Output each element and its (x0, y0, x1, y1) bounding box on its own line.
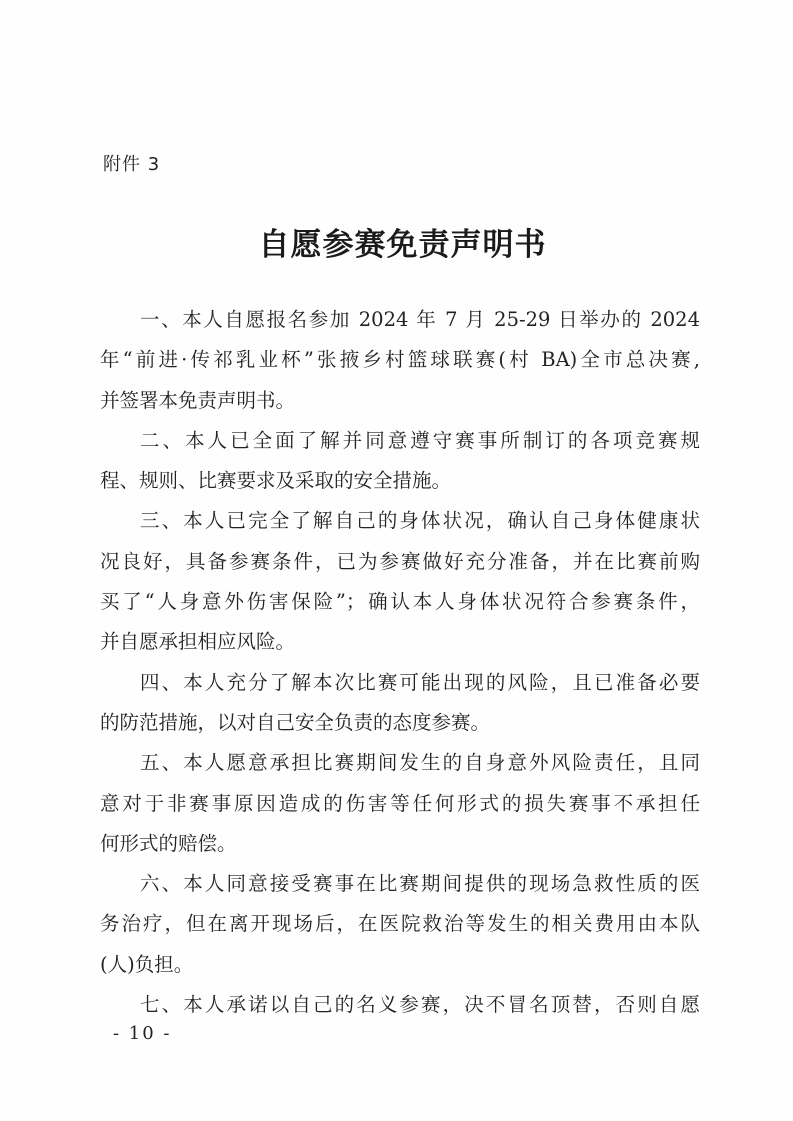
document-body: 一、本人自愿报名参加 2024 年 7 月 25-29 日举办的 2024 年“… (100, 300, 700, 1025)
paragraph-3: 三、本人已完全了解自己的身体状况，确认自己身体健康状 况良好，具备参赛条件，已为… (100, 501, 700, 662)
paragraph-line: 并签署本免责声明书。 (100, 381, 700, 421)
paragraph-line: 程、规则、比赛要求及采取的安全措施。 (100, 461, 700, 501)
paragraph-line: 年“前进·传祁乳业杯”张掖乡村篮球联赛(村 BA)全市总决赛, (100, 340, 700, 380)
paragraph-line: 六、本人同意接受赛事在比赛期间提供的现场急救性质的医 (100, 864, 700, 904)
document-title: 自愿参赛免责声明书 (0, 219, 793, 264)
attachment-label: 附件 3 (103, 150, 160, 176)
paragraph-4: 四、本人充分了解本次比赛可能出现的风险，且已准备必要 的防范措施，以对自己安全负… (100, 663, 700, 744)
paragraph-line: 七、本人承诺以自己的名义参赛，决不冒名顶替，否则自愿 (100, 985, 700, 1025)
paragraph-5: 五、本人愿意承担比赛期间发生的自身意外风险责任，且同 意对于非赛事原因造成的伤害… (100, 743, 700, 864)
paragraph-line: 五、本人愿意承担比赛期间发生的自身意外风险责任，且同 (100, 743, 700, 783)
paragraph-line: 买了“人身意外伤害保险”；确认本人身体状况符合参赛条件， (100, 582, 700, 622)
paragraph-line: 并自愿承担相应风险。 (100, 622, 700, 662)
paragraph-line: 何形式的赔偿。 (100, 824, 700, 864)
paragraph-2: 二、本人已全面了解并同意遵守赛事所制订的各项竞赛规 程、规则、比赛要求及采取的安… (100, 421, 700, 502)
page-number: - 10 - (113, 1023, 172, 1044)
paragraph-7: 七、本人承诺以自己的名义参赛，决不冒名顶替，否则自愿 (100, 985, 700, 1025)
paragraph-line: 意对于非赛事原因造成的伤害等任何形式的损失赛事不承担任 (100, 784, 700, 824)
paragraph-line: (人)负担。 (100, 945, 700, 985)
document-page: 附件 3 自愿参赛免责声明书 一、本人自愿报名参加 2024 年 7 月 25-… (0, 0, 793, 1121)
paragraph-line: 四、本人充分了解本次比赛可能出现的风险，且已准备必要 (100, 663, 700, 703)
paragraph-line: 一、本人自愿报名参加 2024 年 7 月 25-29 日举办的 2024 (100, 300, 700, 340)
paragraph-6: 六、本人同意接受赛事在比赛期间提供的现场急救性质的医 务治疗，但在离开现场后，在… (100, 864, 700, 985)
paragraph-line: 二、本人已全面了解并同意遵守赛事所制订的各项竞赛规 (100, 421, 700, 461)
paragraph-1: 一、本人自愿报名参加 2024 年 7 月 25-29 日举办的 2024 年“… (100, 300, 700, 421)
paragraph-line: 况良好，具备参赛条件，已为参赛做好充分准备，并在比赛前购 (100, 542, 700, 582)
paragraph-line: 务治疗，但在离开现场后，在医院救治等发生的相关费用由本队 (100, 904, 700, 944)
paragraph-line: 的防范措施，以对自己安全负责的态度参赛。 (100, 703, 700, 743)
paragraph-line: 三、本人已完全了解自己的身体状况，确认自己身体健康状 (100, 501, 700, 541)
